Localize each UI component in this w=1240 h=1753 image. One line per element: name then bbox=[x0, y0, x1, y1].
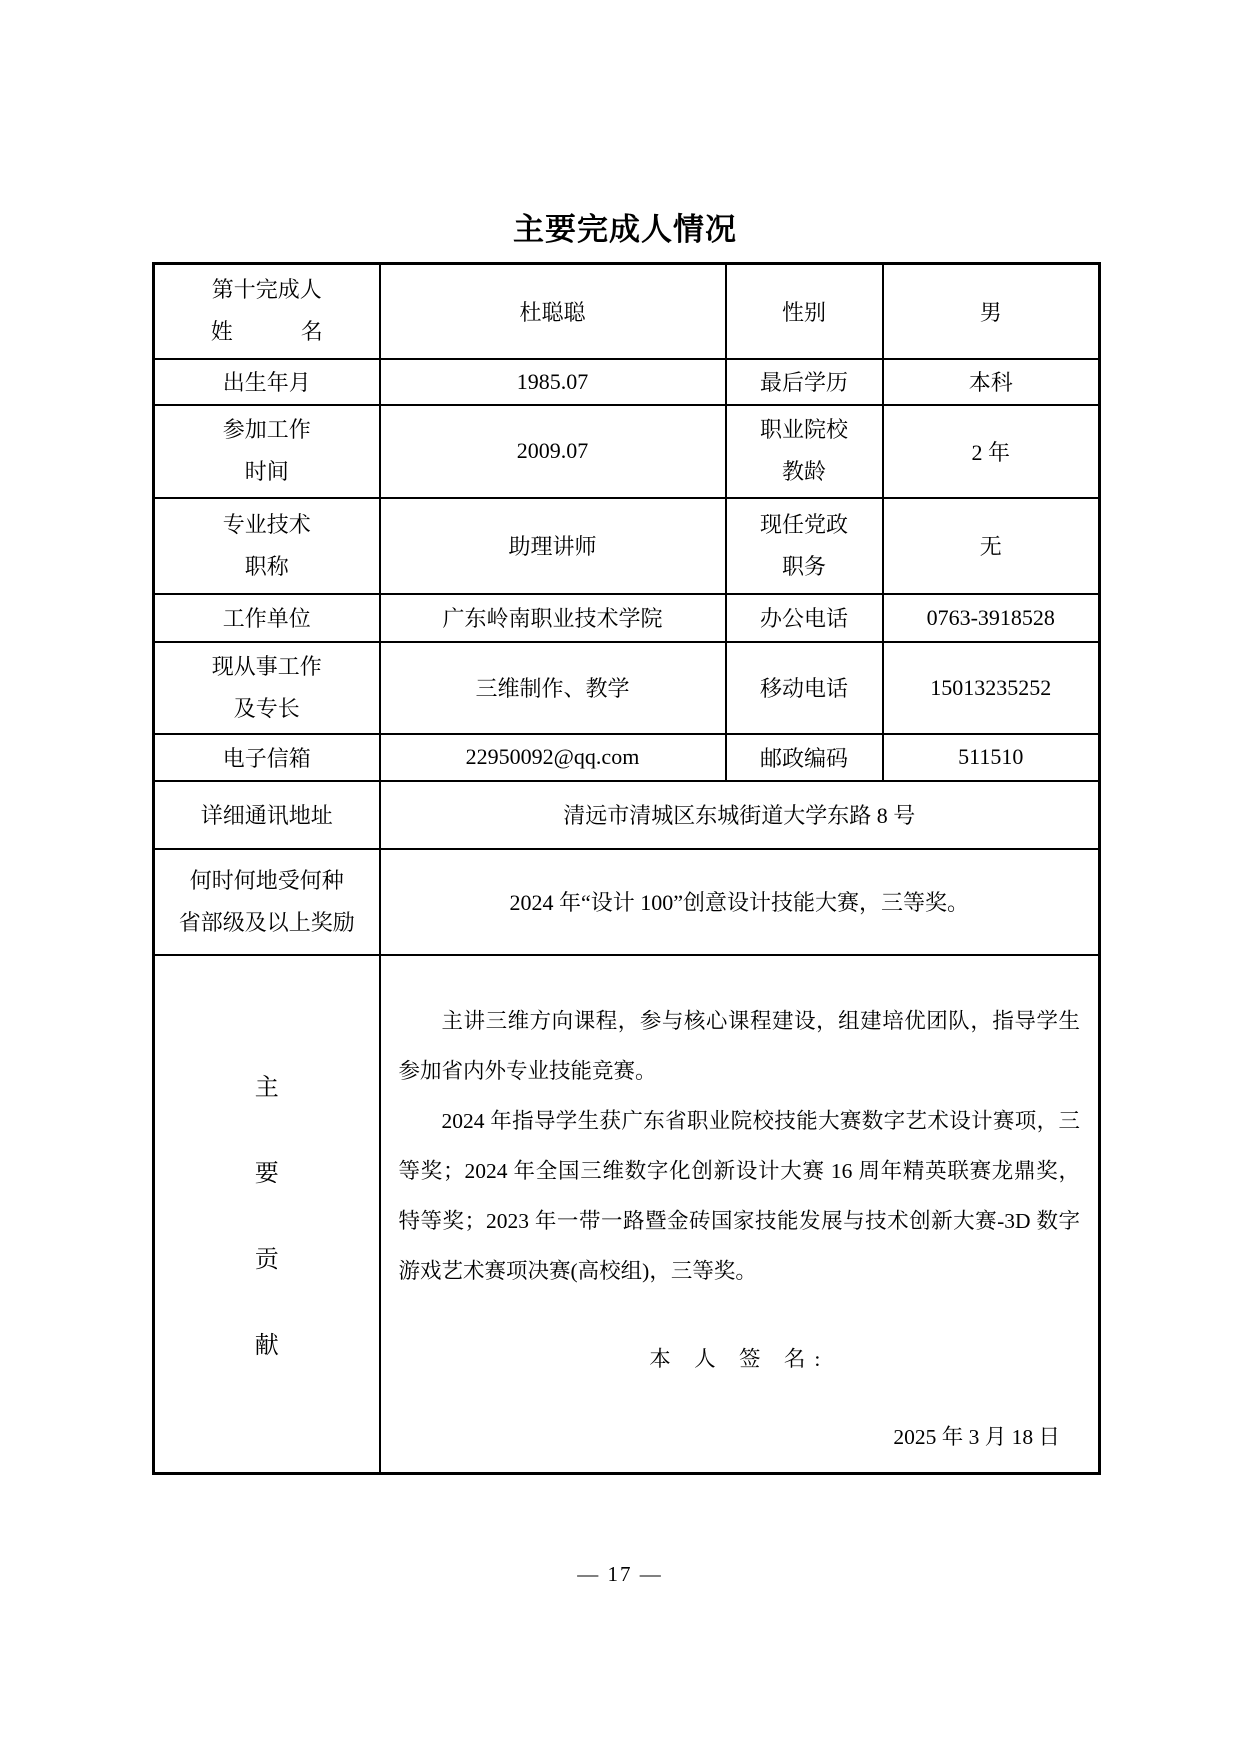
page-number: — 17 — bbox=[0, 1562, 1240, 1587]
table-row: 电子信箱 22950092@qq.com 邮政编码 511510 bbox=[154, 734, 1100, 781]
name-label-line1: 第十完成人 bbox=[155, 269, 379, 311]
prof-title-label-cell: 专业技术 职称 bbox=[154, 498, 380, 594]
table-row: 参加工作 时间 2009.07 职业院校 教龄 2 年 bbox=[154, 405, 1100, 498]
current-work-value-cell: 三维制作、教学 bbox=[380, 642, 726, 734]
teaching-age-label-cell: 职业院校 教龄 bbox=[726, 405, 883, 498]
table-row: 详细通讯地址 清远市清城区东城街道大学东路 8 号 bbox=[154, 781, 1100, 849]
prof-title-label: 专业技术 职称 bbox=[155, 504, 379, 588]
party-post-label-cell: 现任党政 职务 bbox=[726, 498, 883, 594]
address-value-cell: 清远市清城区东城街道大学东路 8 号 bbox=[380, 781, 1100, 849]
mobile-phone-value-cell: 15013235252 bbox=[883, 642, 1100, 734]
work-unit-value-cell: 广东岭南职业技术学院 bbox=[380, 594, 726, 642]
email-label-cell: 电子信箱 bbox=[154, 734, 380, 781]
award-value-cell: 2024 年“设计 100”创意设计技能大赛，三等奖。 bbox=[380, 849, 1100, 955]
work-start-label-cell: 参加工作 时间 bbox=[154, 405, 380, 498]
zip-label-cell: 邮政编码 bbox=[726, 734, 883, 781]
teaching-age-label-line2: 教龄 bbox=[727, 451, 882, 493]
work-start-value-cell: 2009.07 bbox=[380, 405, 726, 498]
table-row: 现从事工作 及专长 三维制作、教学 移动电话 15013235252 bbox=[154, 642, 1100, 734]
mobile-phone-label-cell: 移动电话 bbox=[726, 642, 883, 734]
name-label: 第十完成人 姓 名 bbox=[155, 269, 379, 353]
zip-value-cell: 511510 bbox=[883, 734, 1100, 781]
prof-title-value-cell: 助理讲师 bbox=[380, 498, 726, 594]
gender-label-cell: 性别 bbox=[726, 264, 883, 359]
teaching-age-label: 职业院校 教龄 bbox=[727, 409, 882, 493]
page-title: 主要完成人情况 bbox=[152, 204, 1098, 249]
work-unit-label-cell: 工作单位 bbox=[154, 594, 380, 642]
document-page: 主要完成人情况 第十完成人 姓 名 杜聪聪 性别 男 bbox=[0, 0, 1240, 1753]
name-label-line2: 姓 名 bbox=[211, 311, 323, 353]
name-label-char-a: 姓 bbox=[211, 311, 233, 353]
contribution-label: 主 要 贡 献 bbox=[155, 1067, 379, 1360]
award-label-cell: 何时何地受何种 省部级及以上奖励 bbox=[154, 849, 380, 955]
table-row: 工作单位 广东岭南职业技术学院 办公电话 0763-3918528 bbox=[154, 594, 1100, 642]
address-label-cell: 详细通讯地址 bbox=[154, 781, 380, 849]
contribution-label-char3: 贡 bbox=[255, 1239, 279, 1274]
signature-date: 2025 年 3 月 18 日 bbox=[399, 1412, 1081, 1462]
current-work-label: 现从事工作 及专长 bbox=[155, 646, 379, 730]
name-value-cell: 杜聪聪 bbox=[380, 264, 726, 359]
prof-title-label-line2: 职称 bbox=[155, 546, 379, 588]
work-start-label: 参加工作 时间 bbox=[155, 409, 379, 493]
party-post-label-line2: 职务 bbox=[727, 546, 882, 588]
teaching-age-label-line1: 职业院校 bbox=[727, 409, 882, 451]
current-work-label-line1: 现从事工作 bbox=[155, 646, 379, 688]
contribution-paragraph-1: 主讲三维方向课程，参与核心课程建设，组建培优团队，指导学生参加省内外专业技能竞赛… bbox=[399, 996, 1081, 1096]
table-row: 第十完成人 姓 名 杜聪聪 性别 男 bbox=[154, 264, 1100, 359]
current-work-label-cell: 现从事工作 及专长 bbox=[154, 642, 380, 734]
party-post-label-line1: 现任党政 bbox=[727, 504, 882, 546]
work-start-label-line2: 时间 bbox=[155, 451, 379, 493]
table-row: 出生年月 1985.07 最后学历 本科 bbox=[154, 359, 1100, 405]
name-label-cell: 第十完成人 姓 名 bbox=[154, 264, 380, 359]
table-row: 何时何地受何种 省部级及以上奖励 2024 年“设计 100”创意设计技能大赛，… bbox=[154, 849, 1100, 955]
party-post-value-cell: 无 bbox=[883, 498, 1100, 594]
party-post-label: 现任党政 职务 bbox=[727, 504, 882, 588]
contribution-label-char4: 献 bbox=[255, 1325, 279, 1360]
contribution-content: 主讲三维方向课程，参与核心课程建设，组建培优团队，指导学生参加省内外专业技能竞赛… bbox=[381, 966, 1099, 1462]
teaching-age-value-cell: 2 年 bbox=[883, 405, 1100, 498]
signature-label: 本 人 签 名: bbox=[399, 1334, 1081, 1384]
current-work-label-line2: 及专长 bbox=[155, 688, 379, 730]
award-label: 何时何地受何种 省部级及以上奖励 bbox=[155, 860, 379, 944]
contributor-info-table: 第十完成人 姓 名 杜聪聪 性别 男 出生年月 1985.07 最后学历 本科 bbox=[152, 262, 1101, 1475]
birth-value-cell: 1985.07 bbox=[380, 359, 726, 405]
office-phone-label-cell: 办公电话 bbox=[726, 594, 883, 642]
contribution-label-cell: 主 要 贡 献 bbox=[154, 955, 380, 1474]
table-row: 主 要 贡 献 主讲三维方向课程，参与核心课程建设，组建培优团队，指导学生参加省… bbox=[154, 955, 1100, 1474]
table-row: 专业技术 职称 助理讲师 现任党政 职务 无 bbox=[154, 498, 1100, 594]
contribution-paragraph-2: 2024 年指导学生获广东省职业院校技能大赛数字艺术设计赛项，三等奖；2024 … bbox=[399, 1096, 1081, 1296]
contribution-label-char1: 主 bbox=[255, 1067, 279, 1102]
email-value-cell: 22950092@qq.com bbox=[380, 734, 726, 781]
office-phone-value-cell: 0763-3918528 bbox=[883, 594, 1100, 642]
birth-label-cell: 出生年月 bbox=[154, 359, 380, 405]
education-value-cell: 本科 bbox=[883, 359, 1100, 405]
work-start-label-line1: 参加工作 bbox=[155, 409, 379, 451]
contribution-value-cell: 主讲三维方向课程，参与核心课程建设，组建培优团队，指导学生参加省内外专业技能竞赛… bbox=[380, 955, 1100, 1474]
prof-title-label-line1: 专业技术 bbox=[155, 504, 379, 546]
contribution-label-char2: 要 bbox=[255, 1153, 279, 1188]
award-label-line1: 何时何地受何种 bbox=[155, 860, 379, 902]
gender-value-cell: 男 bbox=[883, 264, 1100, 359]
name-label-char-b: 名 bbox=[301, 311, 323, 353]
education-label-cell: 最后学历 bbox=[726, 359, 883, 405]
award-label-line2: 省部级及以上奖励 bbox=[155, 902, 379, 944]
